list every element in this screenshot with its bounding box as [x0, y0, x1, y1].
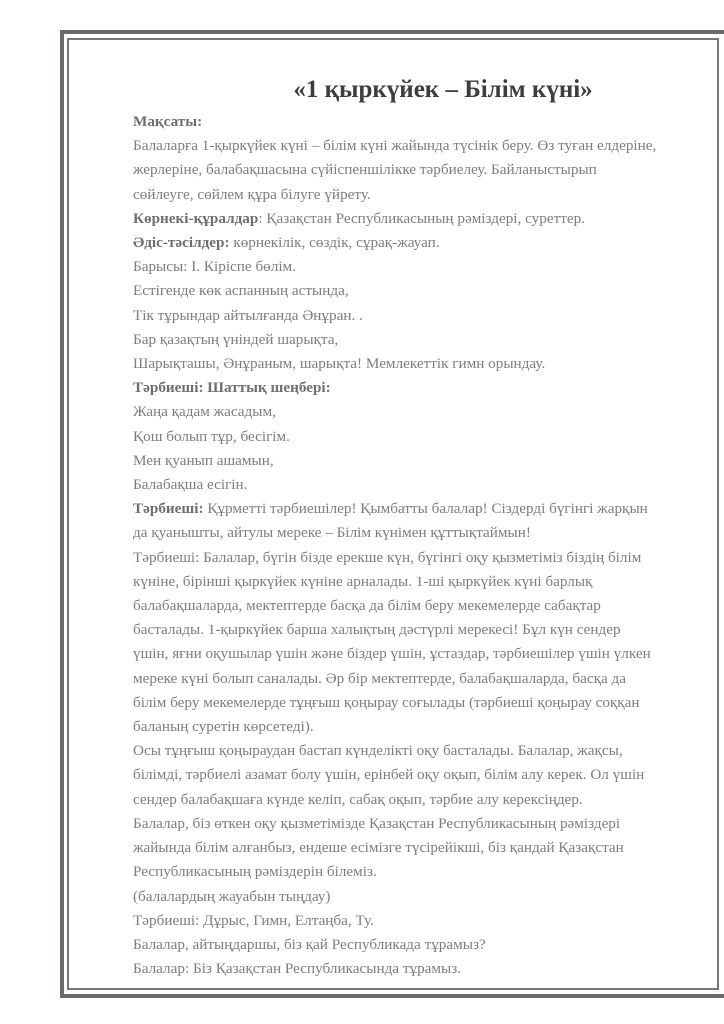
text-line: Балалар, біз өткен оқу қызметімізде Қаза…	[133, 812, 713, 836]
line-text: балабақшаларда, мектептерде басқа да біл…	[133, 597, 601, 614]
text-line: Республикасының рәміздерін білеміз.	[133, 860, 713, 884]
line-text: күніне, бірінші қыркүйек күніне арналады…	[133, 573, 592, 590]
line-text: Республикасының рәміздерін білеміз.	[133, 863, 377, 880]
line-text: Осы тұңғыш қоңыраудан бастап күнделікті …	[133, 742, 623, 759]
text-line: да қуанышты, айтулы мереке – Білім күнім…	[133, 521, 713, 545]
text-line: білім беру мекемелерде тұңғыш қоңырау со…	[133, 691, 713, 715]
text-line: балабақшаларда, мектептерде басқа да біл…	[133, 594, 713, 618]
document-title: «1 қыркүйек – Білім күні»	[133, 70, 713, 110]
text-line: Балалар, айтыңдаршы, біз қай Республикад…	[133, 933, 713, 957]
line-text: үшін, яғни оқушылар үшін және біздер үші…	[133, 645, 651, 662]
line-text: мереке күні болып саналады. Әр бір мекте…	[133, 670, 626, 687]
bold-label: Әдіс-тәсілдер:	[133, 234, 230, 251]
text-line: жерлеріне, балабақшасына сүйіспеншілікке…	[133, 158, 713, 182]
text-line: Тәрбиеші: Құрметті тәрбиешілер! Қымбатты…	[133, 497, 713, 521]
line-text: Балалар, айтыңдаршы, біз қай Республикад…	[133, 936, 486, 953]
text-line: Осы тұңғыш қоңыраудан бастап күнделікті …	[133, 739, 713, 763]
line-text: баланың суретін көрсетеді).	[133, 718, 314, 735]
text-line: Балабақша есігін.	[133, 473, 713, 497]
text-line: Тәрбиеші: Балалар, бүгін бізде ерекше кү…	[133, 546, 713, 570]
line-text: білім беру мекемелерде тұңғыш қоңырау со…	[133, 694, 640, 711]
line-text: : Қазақстан Республикасының рәміздері, с…	[258, 210, 585, 227]
line-text: Қош болып тұр, бесігім.	[133, 428, 290, 445]
line-text: Естігенде көк аспанның астында,	[133, 282, 349, 299]
text-line: Мақсаты:	[133, 110, 713, 134]
line-text: жайында білім алғанбыз, ендеше есімізге …	[133, 839, 624, 856]
bold-label: Тәрбиеші:	[133, 500, 204, 517]
line-text: да қуанышты, айтулы мереке – Білім күнім…	[133, 524, 531, 541]
line-text: Тік тұрындар айтылғанда Әнұран. .	[133, 307, 363, 324]
text-line: Жаңа қадам жасадым,	[133, 400, 713, 424]
text-line: жайында білім алғанбыз, ендеше есімізге …	[133, 836, 713, 860]
line-text: Балаларға 1-қыркүйек күні – білім күні ж…	[133, 137, 656, 154]
text-line: (балалардың жауабын тыңдау)	[133, 885, 713, 909]
line-text: Жаңа қадам жасадым,	[133, 403, 276, 420]
document-body: «1 қыркүйек – Білім күні» Мақсаты:Балала…	[133, 70, 713, 981]
text-line: сөйлеуге, сөйлем құра білуге үйрету.	[133, 183, 713, 207]
line-text: Мен қуанып ашамын,	[133, 452, 274, 469]
text-line: Көрнекі-құралдар: Қазақстан Республикасы…	[133, 207, 713, 231]
line-text: Тәрбиеші: Дұрыс, Гимн, Елтаңба, Ту.	[133, 912, 374, 929]
text-line: Барысы: I. Кіріспе бөлім.	[133, 255, 713, 279]
text-line: баланың суретін көрсетеді).	[133, 715, 713, 739]
bold-label: Көрнекі-құралдар	[133, 210, 258, 227]
text-line: мереке күні болып саналады. Әр бір мекте…	[133, 667, 713, 691]
text-line: Балалар: Біз Қазақстан Республикасында т…	[133, 957, 713, 981]
text-line: Бар қазақтың үніндей шарықта,	[133, 328, 713, 352]
line-text: Барысы: I. Кіріспе бөлім.	[133, 258, 296, 275]
text-line: басталады. 1-қыркүйек барша халықтың дәс…	[133, 618, 713, 642]
line-text: білімді, тәрбиелі азамат болу үшін, ерін…	[133, 766, 644, 783]
document-text: Мақсаты:Балаларға 1-қыркүйек күні – білі…	[133, 110, 713, 981]
line-text: (балалардың жауабын тыңдау)	[133, 888, 330, 905]
line-text: сөйлеуге, сөйлем құра білуге үйрету.	[133, 186, 371, 203]
text-line: Тәрбиеші: Дұрыс, Гимн, Елтаңба, Ту.	[133, 909, 713, 933]
text-line: Тәрбиеші: Шаттық шеңбері:	[133, 376, 713, 400]
bold-label: Мақсаты:	[133, 113, 202, 130]
text-line: Мен қуанып ашамын,	[133, 449, 713, 473]
line-text: көрнекілік, сөздік, сұрақ-жауап.	[230, 234, 440, 251]
line-text: сендер балабақшаға күнде келіп, сабақ оқ…	[133, 791, 583, 808]
text-line: білімді, тәрбиелі азамат болу үшін, ерін…	[133, 763, 713, 787]
text-line: Естігенде көк аспанның астында,	[133, 279, 713, 303]
text-line: Балаларға 1-қыркүйек күні – білім күні ж…	[133, 134, 713, 158]
text-line: сендер балабақшаға күнде келіп, сабақ оқ…	[133, 788, 713, 812]
line-text: Шарықташы, Әнұраным, шарықта! Мемлекетті…	[133, 355, 545, 372]
bold-label: Тәрбиеші: Шаттық шеңбері:	[133, 379, 331, 396]
line-text: Тәрбиеші: Балалар, бүгін бізде ерекше кү…	[133, 549, 641, 566]
text-line: Тік тұрындар айтылғанда Әнұран. .	[133, 304, 713, 328]
text-line: күніне, бірінші қыркүйек күніне арналады…	[133, 570, 713, 594]
text-line: Қош болып тұр, бесігім.	[133, 425, 713, 449]
text-line: Әдіс-тәсілдер: көрнекілік, сөздік, сұрақ…	[133, 231, 713, 255]
text-line: Шарықташы, Әнұраным, шарықта! Мемлекетті…	[133, 352, 713, 376]
line-text: Бар қазақтың үніндей шарықта,	[133, 331, 338, 348]
text-line: үшін, яғни оқушылар үшін және біздер үші…	[133, 642, 713, 666]
line-text: Балабақша есігін.	[133, 476, 247, 493]
line-text: Балалар, біз өткен оқу қызметімізде Қаза…	[133, 815, 620, 832]
line-text: жерлеріне, балабақшасына сүйіспеншілікке…	[133, 161, 597, 178]
line-text: Құрметті тәрбиешілер! Қымбатты балалар! …	[204, 500, 648, 517]
line-text: Балалар: Біз Қазақстан Республикасында т…	[133, 960, 461, 977]
line-text: басталады. 1-қыркүйек барша халықтың дәс…	[133, 621, 621, 638]
